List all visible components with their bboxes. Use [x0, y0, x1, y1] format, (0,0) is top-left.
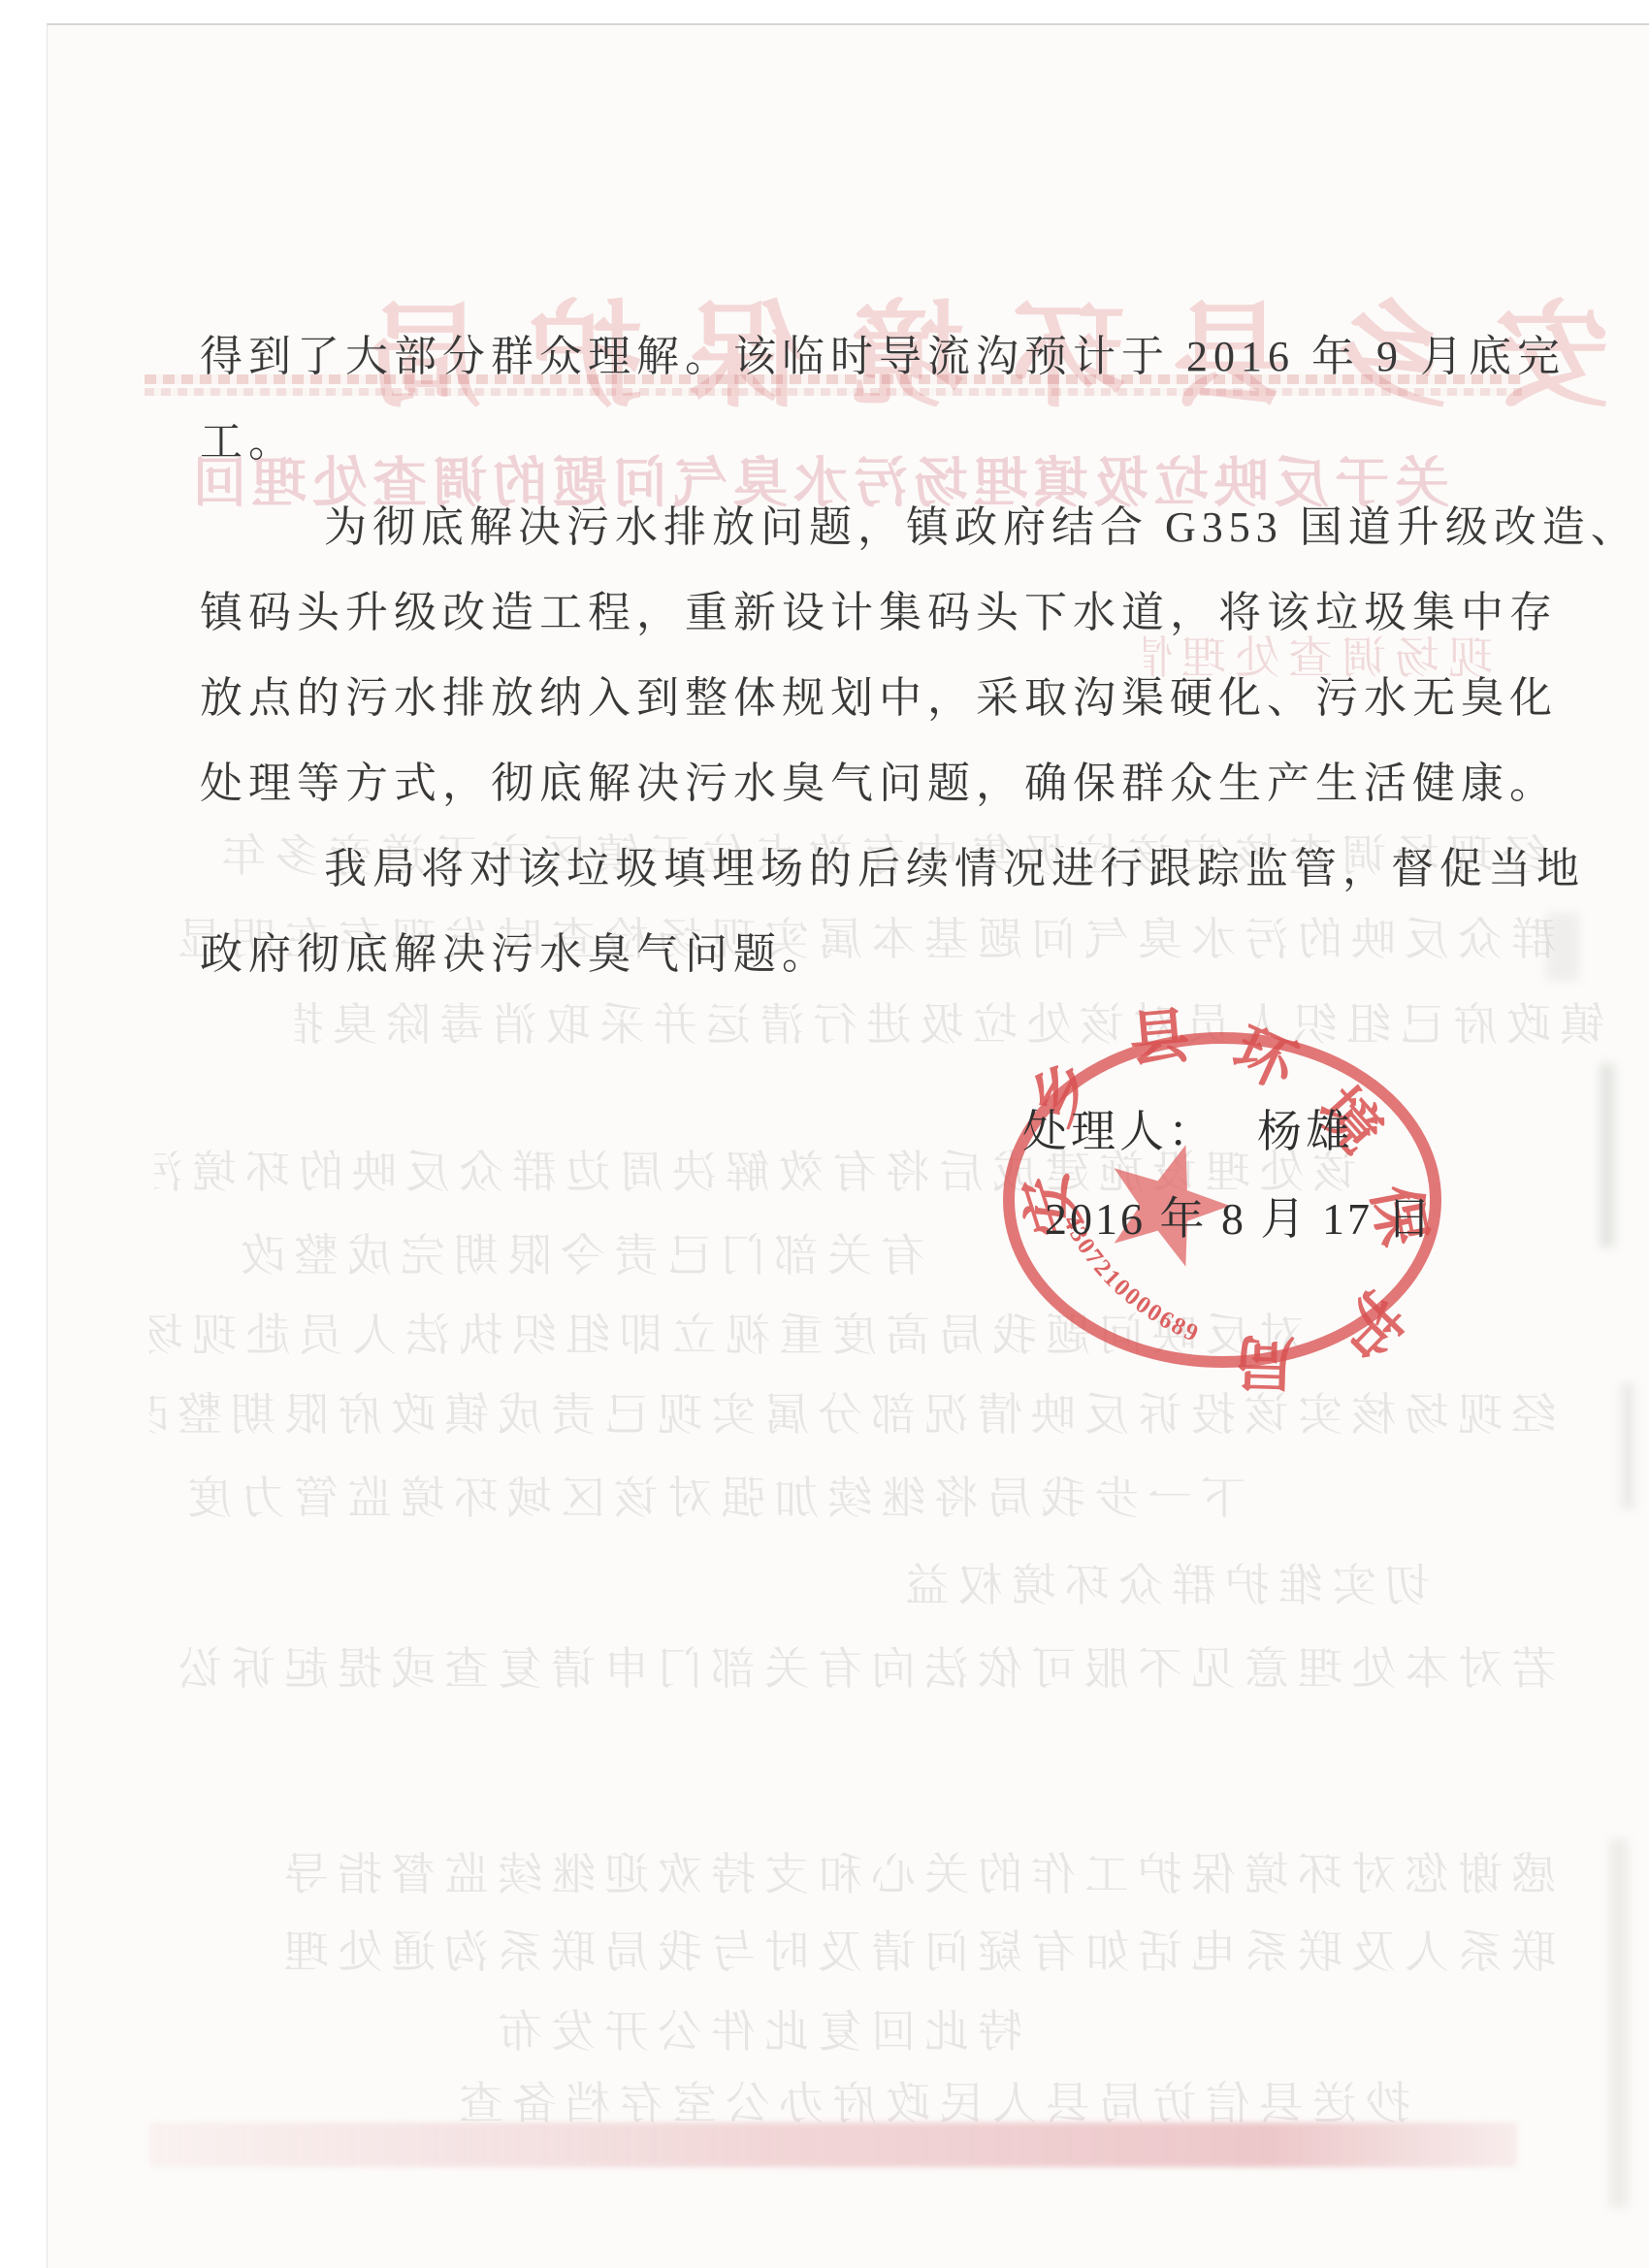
body-line: 放点的污水排放纳入到整体规划中，采取沟渠硬化、污水无臭化	[200, 656, 1529, 741]
body-line: 我局将对该垃圾填埋场的后续情况进行跟踪监管，督促当地	[200, 826, 1529, 912]
signature-label: 处理人：	[1022, 1107, 1216, 1156]
signature-name: 杨雄	[1257, 1107, 1354, 1156]
bleedthrough-line: 若对本处理意见不服可依法向有关部门申请复查或提起诉讼	[149, 1634, 1556, 1690]
document-body: 得到了大部分群众理解。该临时导流沟预计于 2016 年 9 月底完 工。 为彻底…	[200, 314, 1529, 997]
scan-artifact-streak	[1609, 1839, 1629, 2208]
bleedthrough-line: 对反映问题我局高度重视立即组织执法人员赴现场核查	[149, 1300, 1304, 1356]
signature-line: 处理人：杨雄	[1022, 1096, 1354, 1160]
scan-artifact-streak	[1621, 1383, 1634, 1509]
bleedthrough-line: 感谢您对环境保护工作的关心和支持欢迎继续监督指导	[149, 1839, 1556, 1895]
bleedthrough-line: 有关部门已责令限期完成整改	[159, 1220, 925, 1277]
bleedthrough-line: 下一步我局将继续加强对该区域环境监管力度	[149, 1463, 1245, 1519]
body-line: 处理等方式，彻底解决污水臭气问题，确保群众生产生活健康。	[200, 741, 1529, 826]
body-line: 得到了大部分群众理解。该临时导流沟预计于 2016 年 9 月底完	[200, 314, 1529, 400]
scan-artifact-streak	[1546, 913, 1579, 981]
body-line: 为彻底解决污水排放问题，镇政府结合 G353 国道升级改造、	[200, 485, 1529, 570]
date-line: 2016 年 8 月 17 日	[1045, 1183, 1435, 1247]
body-line: 镇码头升级改造工程，重新设计集码头下水道，将该垃圾集中存	[200, 570, 1529, 656]
body-line: 工。	[200, 400, 1529, 485]
bleedthrough-bottom-smudge-band	[149, 2122, 1517, 2167]
document-page: 安乡县环境保护局 关于反映垃圾填埋场污水臭气问题的调查处理回复 现场调查处理情况…	[47, 23, 1649, 2268]
body-line: 政府彻底解决污水臭气问题。	[200, 912, 1529, 997]
scan-artifact-streak	[1600, 1063, 1615, 1247]
bleedthrough-line: 联系人及联系电话如有疑问请及时与我局联系沟通处理	[149, 1917, 1556, 1973]
bleedthrough-line: 经现场核实该投诉反映情况部分属实现已责成镇政府限期整改	[149, 1379, 1556, 1436]
bleedthrough-line: 特此回复此件公开发布	[149, 1996, 1022, 2053]
bleedthrough-line: 镇政府已组织人员对该处垃圾进行清运并采取消毒除臭措施	[295, 989, 1604, 1046]
bleedthrough-line: 抄送县信访局县人民政府办公室存档备查	[149, 2068, 1410, 2124]
bleedthrough-line: 切实维护群众环境权益	[877, 1550, 1430, 1606]
